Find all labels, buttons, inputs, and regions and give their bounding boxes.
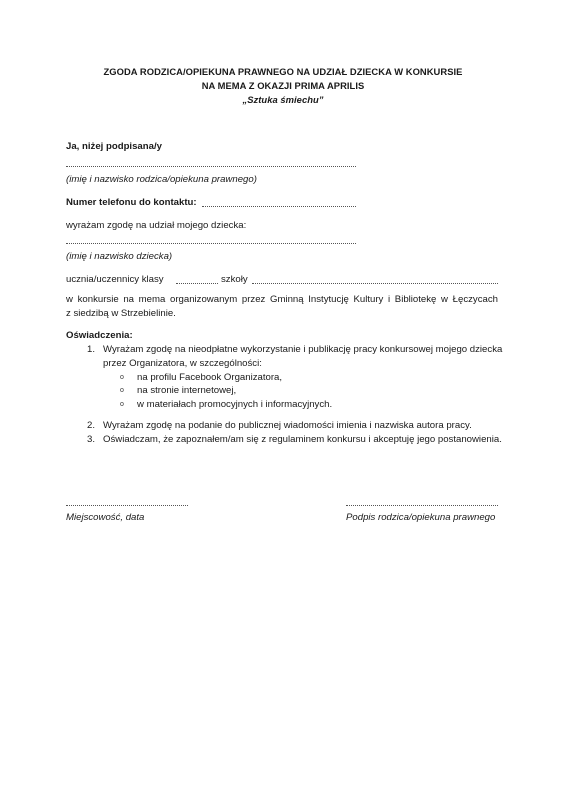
document-page: ZGODA RODZICA/OPIEKUNA PRAWNEGO NA UDZIA… <box>0 0 566 800</box>
statement-number: 2. <box>87 420 101 431</box>
sub-item: na profilu Facebook Organizatora, <box>137 372 282 383</box>
parent-name-field[interactable] <box>66 166 356 167</box>
child-name-caption: (imię i nazwisko dziecka) <box>66 251 172 262</box>
child-name-field[interactable] <box>66 243 356 244</box>
contest-paragraph-line-2: z siedzibą w Strzebielinie. <box>66 308 176 319</box>
bullet-circle-icon: o <box>120 374 124 381</box>
statement-number: 3. <box>87 434 101 445</box>
sub-item: na stronie internetowej, <box>137 385 236 396</box>
school-label: szkoły <box>221 274 248 285</box>
consent-line: wyrażam zgodę na udział mojego dziecka: <box>66 220 246 231</box>
title-subtitle: „Sztuka śmiechu” <box>0 94 566 105</box>
statement-text-line: przez Organizatora, w szczególności: <box>103 358 262 369</box>
place-date-caption: Miejscowość, data <box>66 512 144 523</box>
bullet-circle-icon: o <box>120 401 124 408</box>
statements-heading: Oświadczenia: <box>66 330 133 341</box>
sub-item: w materiałach promocyjnych i informacyjn… <box>137 399 332 410</box>
title-line-2: NA MEMA Z OKAZJI PRIMA APRILIS <box>0 80 566 91</box>
parent-signature-caption: Podpis rodzica/opiekuna prawnego <box>346 512 495 523</box>
statement-number: 1. <box>87 344 101 355</box>
school-field[interactable] <box>252 283 498 284</box>
place-date-field[interactable] <box>66 505 188 506</box>
parent-name-caption: (imię i nazwisko rodzica/opiekuna prawne… <box>66 174 257 185</box>
statement-text-line: Wyrażam zgodę na podanie do publicznej w… <box>103 420 472 431</box>
parent-signature-field[interactable] <box>346 505 498 506</box>
statement-text-line: Oświadczam, że zapoznałem/am się z regul… <box>103 434 502 445</box>
statement-text-line: Wyrażam zgodę na nieodpłatne wykorzystan… <box>103 344 502 355</box>
intro-heading: Ja, niżej podpisana/y <box>66 141 162 152</box>
class-field[interactable] <box>176 283 218 284</box>
contest-paragraph-line-1: w konkursie na mema organizowanym przez … <box>66 294 498 305</box>
bullet-circle-icon: o <box>120 387 124 394</box>
phone-label: Numer telefonu do kontaktu: <box>66 197 197 208</box>
title-line-1: ZGODA RODZICA/OPIEKUNA PRAWNEGO NA UDZIA… <box>0 66 566 77</box>
phone-field[interactable] <box>202 206 356 207</box>
class-label: ucznia/uczennicy klasy <box>66 274 164 285</box>
